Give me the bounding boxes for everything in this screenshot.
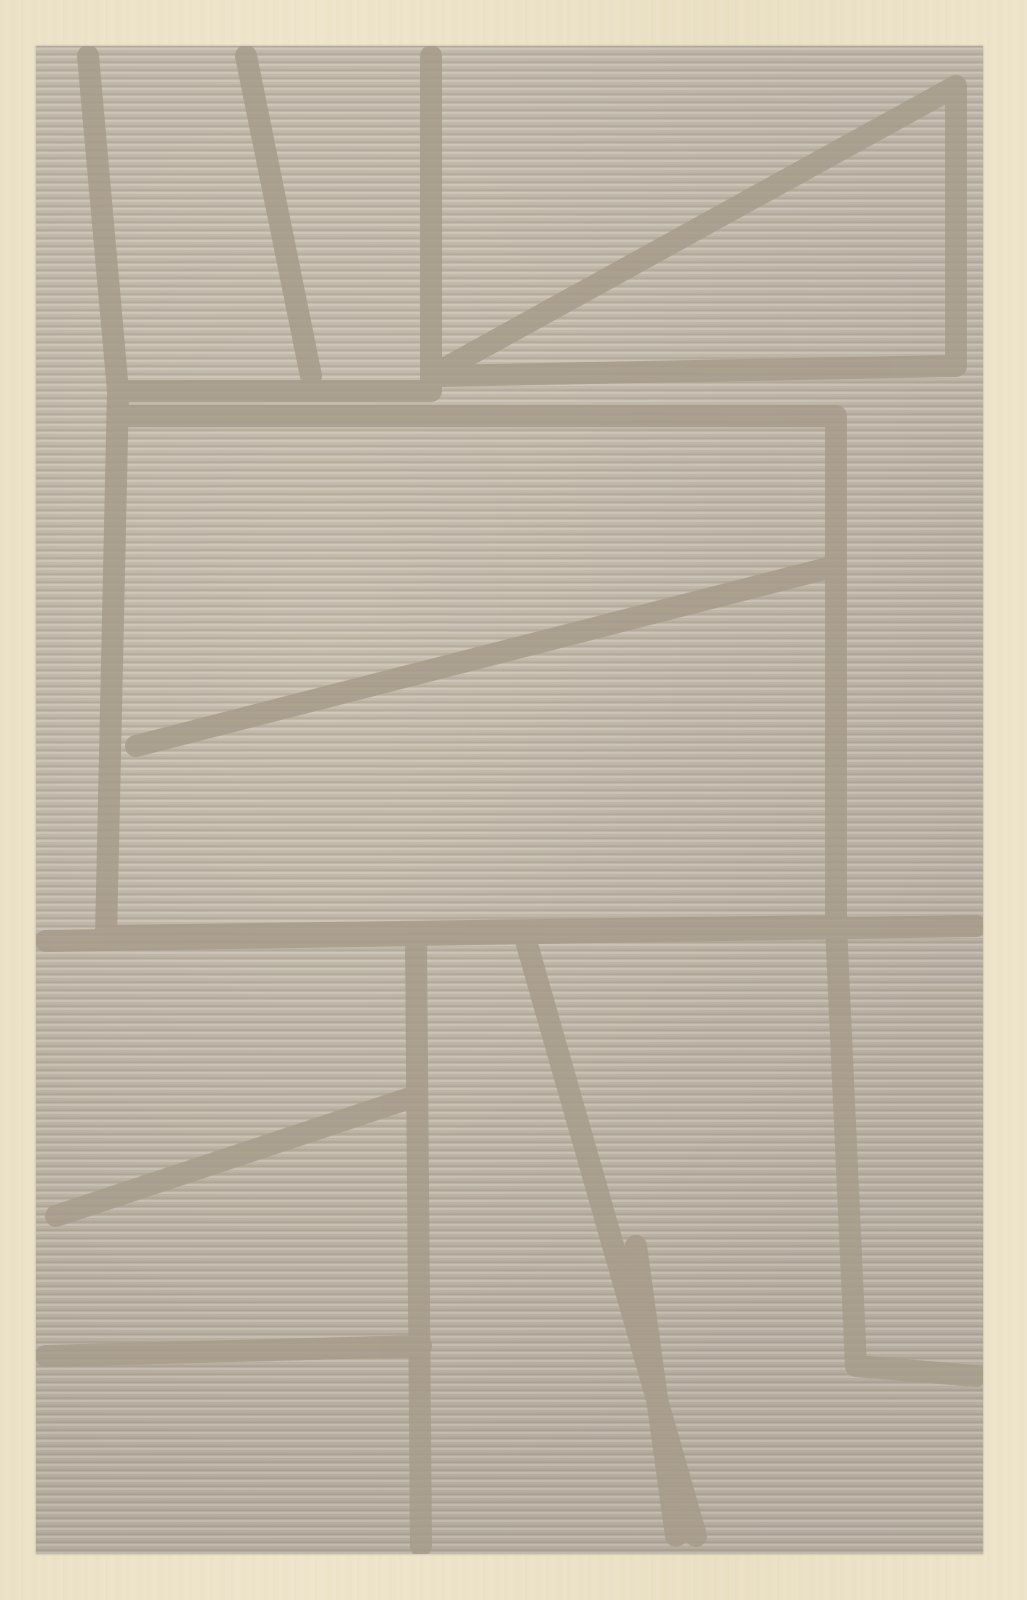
area-rug (36, 46, 983, 1554)
wood-floor (0, 0, 1027, 1600)
rug-pattern (36, 46, 983, 1554)
